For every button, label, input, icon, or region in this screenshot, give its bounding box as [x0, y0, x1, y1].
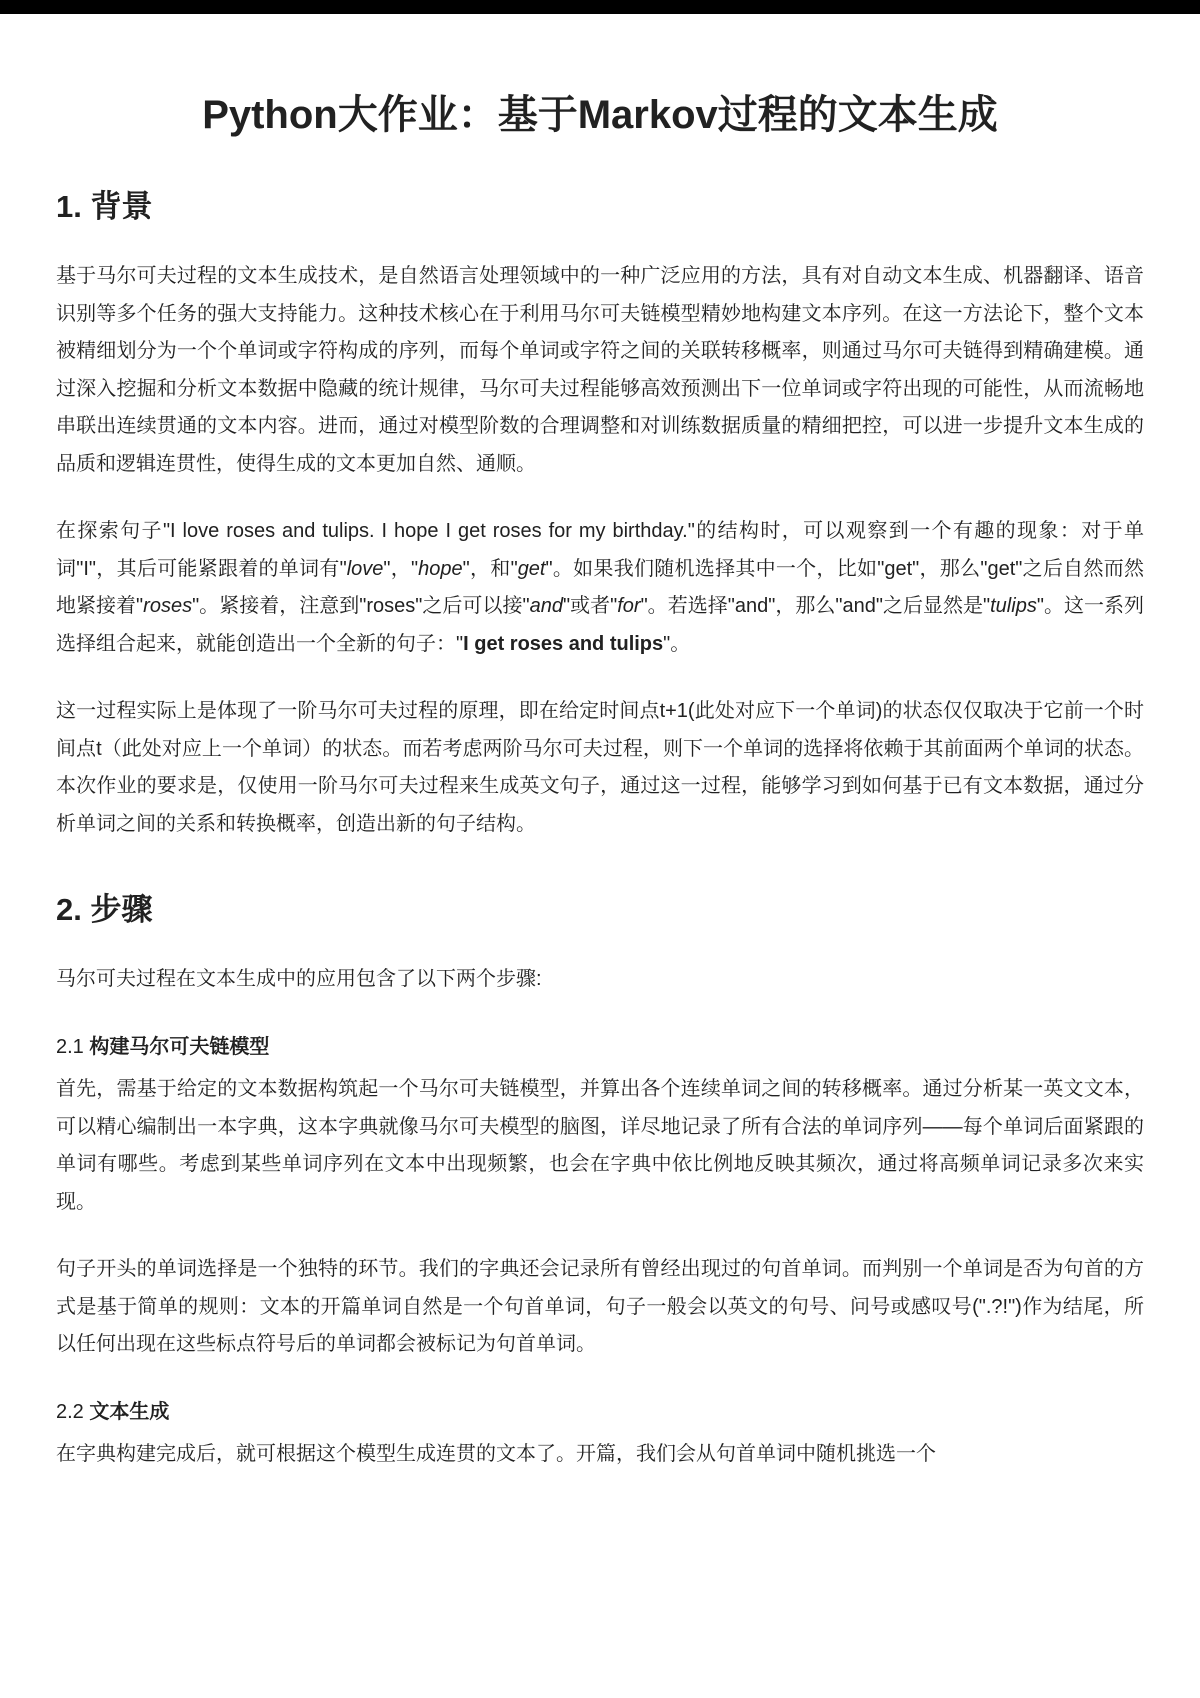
text-segment: "。若选择"and"，那么"and"之后显然是" [641, 595, 991, 617]
section-1-paragraph-1: 基于马尔可夫过程的文本生成技术，是自然语言处理领域中的一种广泛应用的方法，具有对… [56, 258, 1144, 483]
text-segment: "，" [383, 558, 418, 580]
text-segment: "，和" [463, 558, 518, 580]
subsection-2-2-title: 文本生成 [89, 1401, 169, 1423]
text-segment: for [617, 595, 640, 617]
document-page: Python大作业：基于Markov过程的文本生成 1. 背景 基于马尔可夫过程… [0, 90, 1200, 1544]
subsection-2-1-paragraph-2: 句子开头的单词选择是一个独特的环节。我们的字典还会记录所有曾经出现过的句首单词。… [56, 1251, 1144, 1364]
text-segment: "或者" [563, 595, 617, 617]
section-2-intro: 马尔可夫过程在文本生成中的应用包含了以下两个步骤: [56, 961, 1144, 999]
section-1-paragraph-3: 这一过程实际上是体现了一阶马尔可夫过程的原理，即在给定时间点t+1(此处对应下一… [56, 693, 1144, 843]
text-segment: I get roses and tulips [463, 633, 663, 655]
subsection-2-1-title: 构建马尔可夫链模型 [89, 1036, 269, 1058]
section-1-heading: 1. 背景 [56, 186, 1144, 228]
text-segment: "。紧接着，注意到"roses"之后可以接" [192, 595, 530, 617]
subsection-2-1-paragraph-1: 首先，需基于给定的文本数据构筑起一个马尔可夫链模型，并算出各个连续单词之间的转移… [56, 1071, 1144, 1221]
text-segment: tulips [990, 595, 1037, 617]
text-segment: "。 [663, 633, 690, 655]
subsection-2-2-heading: 2.2 文本生成 [56, 1394, 1144, 1432]
top-black-bar [0, 0, 1200, 14]
subsection-2-1-number: 2.1 [56, 1036, 89, 1058]
subsection-2-2-paragraph-1: 在字典构建完成后，就可根据这个模型生成连贯的文本了。开篇，我们会从句首单词中随机… [56, 1436, 1144, 1474]
section-1-paragraph-2: 在探索句子"I love roses and tulips. I hope I … [56, 513, 1144, 663]
subsection-2-1-heading: 2.1 构建马尔可夫链模型 [56, 1029, 1144, 1067]
text-segment: love [347, 558, 384, 580]
section-2-heading: 2. 步骤 [56, 889, 1144, 931]
text-segment: get [518, 558, 546, 580]
text-segment: and [530, 595, 563, 617]
document-title: Python大作业：基于Markov过程的文本生成 [56, 90, 1144, 140]
text-segment: hope [418, 558, 463, 580]
subsection-2-2-number: 2.2 [56, 1401, 89, 1423]
text-segment: roses [143, 595, 192, 617]
